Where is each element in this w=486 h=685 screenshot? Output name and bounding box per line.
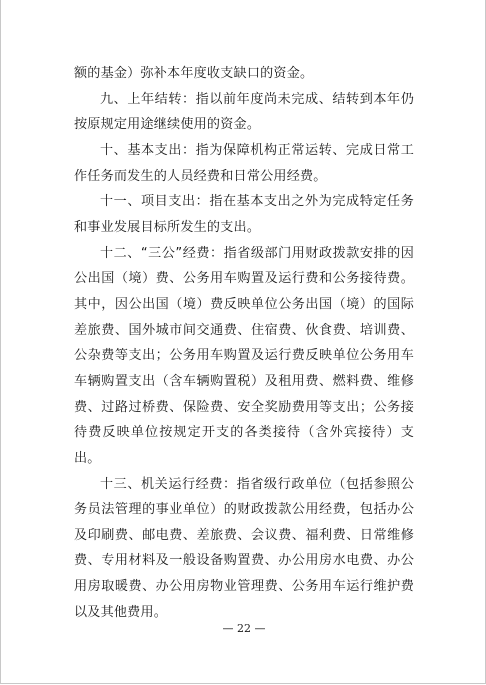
paragraph-item-12-three-public-expenses: 十二、“三公”经费：指省级部门用财政拨款安排的因公出国（境）费、公务用车购置及运… <box>74 241 414 472</box>
document-body: 额的基金）弥补本年度收支缺口的资金。 九、上年结转：指以前年度尚未完成、结转到本… <box>74 61 414 625</box>
paragraph-item-13-operating-expenses: 十三、机关运行经费：指省级行政单位（包括参照公务员法管理的事业单位）的财政拨款公… <box>74 472 414 626</box>
paragraph-item-10-basic-expenditure: 十、基本支出：指为保障机构正常运转、完成日常工作任务而发生的人员经费和日常公用经… <box>74 138 414 189</box>
paragraph-item-11-project-expenditure: 十一、项目支出：指在基本支出之外为完成特定任务和事业发展目标所发生的支出。 <box>74 189 414 240</box>
paragraph-item-9-prior-year-carryover: 九、上年结转：指以前年度尚未完成、结转到本年仍按原规定用途继续使用的资金。 <box>74 87 414 138</box>
page-number: — 22 — <box>1 622 486 635</box>
document-page: 额的基金）弥补本年度收支缺口的资金。 九、上年结转：指以前年度尚未完成、结转到本… <box>0 0 486 684</box>
paragraph-continuation: 额的基金）弥补本年度收支缺口的资金。 <box>74 61 414 87</box>
